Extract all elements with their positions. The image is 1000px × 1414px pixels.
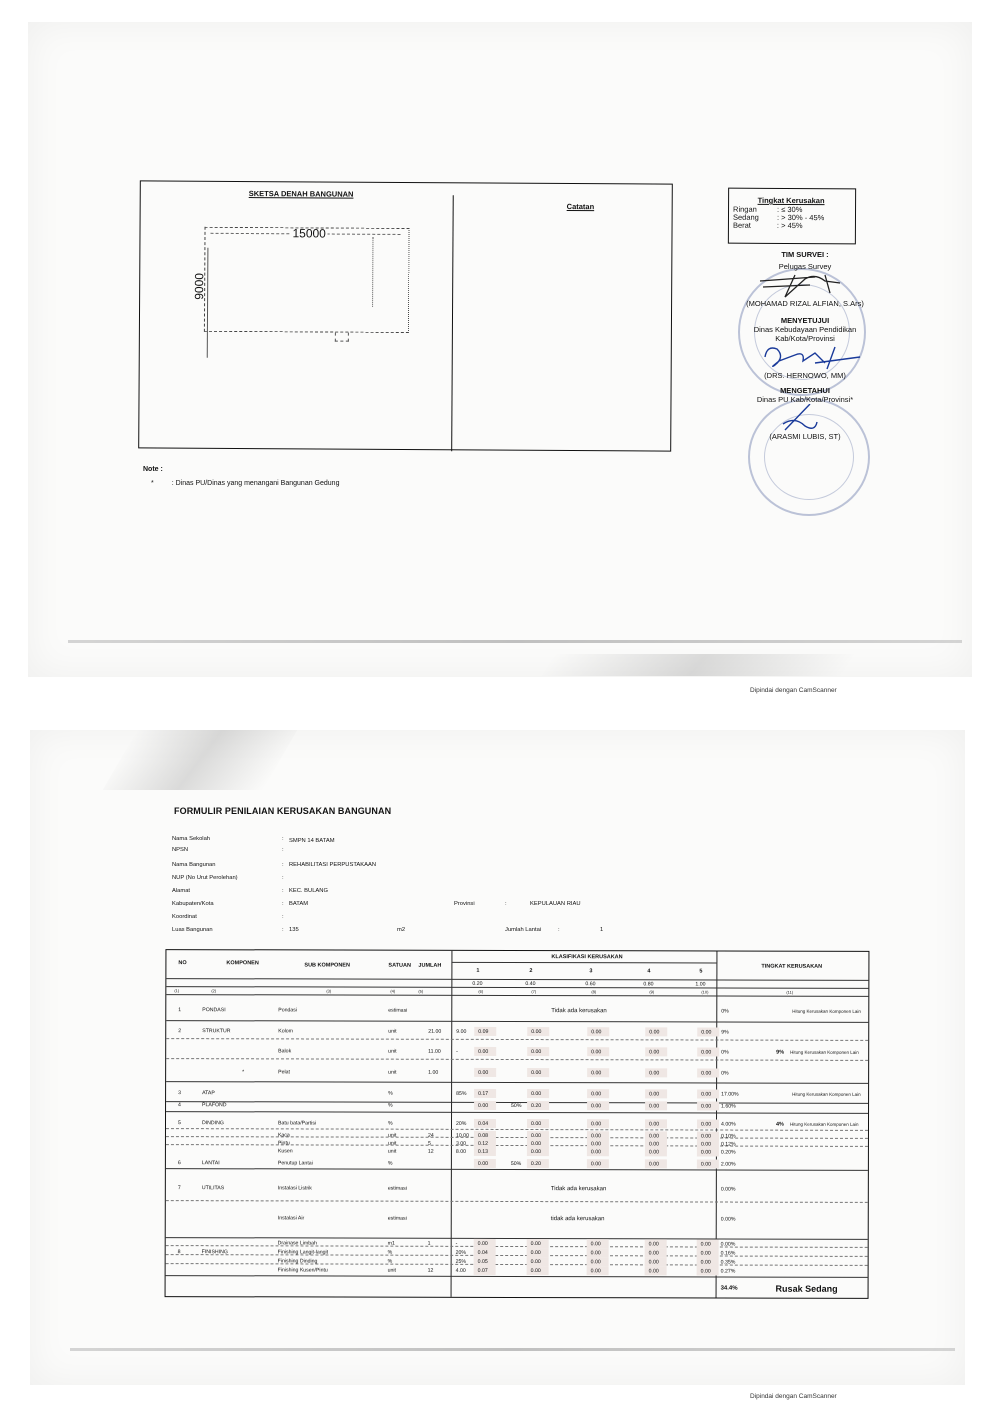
row-tingkat: 0.16% xyxy=(721,1251,736,1257)
row-number: 8 xyxy=(178,1249,181,1255)
row-tingkat: 0.27% xyxy=(721,1269,736,1275)
class-value: 0.00 xyxy=(531,1029,541,1035)
header-class: 3 xyxy=(589,968,592,974)
row-satuan: unit xyxy=(388,1149,396,1155)
column-number: (7) xyxy=(531,989,536,994)
info-value: 1 xyxy=(600,927,603,933)
header-class: 2 xyxy=(529,968,532,974)
row-sub-komponen: Batu bata/Partisi xyxy=(278,1120,316,1126)
row-jumlah: 11.00 xyxy=(428,1049,441,1055)
surveyor-role: Pelugas Survey xyxy=(735,262,875,271)
info-unit: m2 xyxy=(397,927,405,933)
row-sub-komponen: Kaca xyxy=(278,1132,290,1138)
class-value: 0.00 xyxy=(531,1070,541,1076)
info-colon: : xyxy=(282,836,284,842)
floor-plan-outline xyxy=(204,227,410,333)
class-value: 0.00 xyxy=(591,1259,601,1265)
info-label: NPSN xyxy=(172,847,188,853)
row-jumlah: 1 xyxy=(428,1241,431,1247)
class-value: 0.00 xyxy=(649,1103,659,1109)
class-value: 0.00 xyxy=(649,1070,659,1076)
row-satuan: estimasi xyxy=(388,1008,407,1014)
row-komponen: DINDING xyxy=(202,1120,224,1126)
row-divider xyxy=(166,1020,868,1023)
info-colon: : xyxy=(282,888,284,894)
class-quantity: 4.00 xyxy=(456,1268,466,1274)
damage-level-legend: Tingkat Kerusakan Ringan : ≤ 30% Sedang … xyxy=(728,188,856,245)
class-value: 0.00 xyxy=(531,1259,541,1265)
row-komponen: FINISHING xyxy=(202,1249,228,1255)
row-divider xyxy=(166,1200,868,1203)
approver-name: (DRS. HERNOWO, MM) xyxy=(735,371,875,380)
class-value: 0.00 xyxy=(649,1029,659,1035)
row-number: 3 xyxy=(178,1090,181,1096)
header-jumlah: JUMLAH xyxy=(418,963,441,969)
column-number: (5) xyxy=(418,989,423,994)
class-value: 0.00 xyxy=(478,1070,488,1076)
header-divider xyxy=(451,962,716,964)
row-sub-komponen: Balok xyxy=(278,1048,291,1054)
class-value: 0.00 xyxy=(531,1268,541,1274)
row-number: 4 xyxy=(178,1102,181,1108)
total-category: Rusak Sedang xyxy=(776,1284,838,1294)
row-tingkat: 17.00% xyxy=(721,1092,739,1098)
legend-label: Berat xyxy=(733,222,777,230)
note-text: : Dinas PU/Dinas yang menangani Bangunan… xyxy=(172,480,340,487)
info-colon: : xyxy=(282,875,284,881)
header-divider xyxy=(166,978,868,981)
column-number: (6) xyxy=(478,989,483,994)
class-value: 0.00 xyxy=(591,1121,601,1127)
class-value: 0.20 xyxy=(531,1161,541,1167)
class-value: 0.00 xyxy=(701,1029,711,1035)
form-title: FORMULIR PENILAIAN KERUSAKAN BANGUNAN xyxy=(174,806,391,816)
class-value: 0.00 xyxy=(649,1121,659,1127)
row-tingkat: 0% xyxy=(721,1009,729,1015)
approve-title: MENYETUJUI xyxy=(735,316,875,325)
info-label: Luas Bangunan xyxy=(172,927,213,933)
class-value: 0.07 xyxy=(478,1268,488,1274)
row-divider xyxy=(166,1254,868,1257)
note-bullet: * xyxy=(151,480,154,487)
row-note: Hitung Kerusakan Komponen Lain xyxy=(792,1009,861,1014)
row-komponen: PONDASI xyxy=(202,1007,225,1013)
class-value: 0.00 xyxy=(649,1049,659,1055)
notes-title: Catatan xyxy=(567,202,595,211)
column-number: (9) xyxy=(649,989,654,994)
scanner-caption: Dipindai dengan CamScanner xyxy=(750,687,837,694)
header-tingkat: TINGKAT KERUSAKAN xyxy=(761,964,822,970)
approve-org-2: Kab/Kota/Provinsi xyxy=(735,334,875,343)
class-quantity: 10.00 xyxy=(456,1133,469,1139)
class-value: 0.00 xyxy=(649,1268,659,1274)
class-value: 0.00 xyxy=(649,1149,659,1155)
row-note: Hitung Kerusakan Komponen Lain xyxy=(790,1122,859,1127)
row-satuan: % xyxy=(388,1250,393,1256)
header-klasifikasi: KLASIFIKASI KERUSAKAN xyxy=(551,954,622,960)
info-colon: : xyxy=(282,862,284,868)
row-number: 5 xyxy=(178,1120,181,1126)
row-satuan: unit xyxy=(388,1133,396,1139)
row-satuan: % xyxy=(388,1259,393,1265)
info-colon: : xyxy=(282,927,284,933)
column-number: (2) xyxy=(211,988,216,993)
row-jumlah: 24 xyxy=(428,1133,434,1139)
row-sub-komponen: Instalasi Air xyxy=(278,1215,305,1221)
sketch-title: SKETSA DENAH BANGUNAN xyxy=(249,189,354,199)
class-value: 0.04 xyxy=(478,1121,488,1127)
class-value: 0.00 xyxy=(701,1241,711,1247)
row-sub-komponen: Pondasi xyxy=(278,1007,297,1013)
class-quantity: 3.00 xyxy=(456,1141,466,1147)
row-sub-komponen: Finishing Kusen/Pintu xyxy=(278,1267,328,1273)
class-value: 0.00 xyxy=(649,1161,659,1167)
note-block: Note : * : Dinas PU/Dinas yang menangani… xyxy=(143,466,339,487)
info-label: Alamat xyxy=(172,888,190,894)
row-tingkat: 2.00% xyxy=(721,1162,736,1168)
info-value: KEC. BULANG xyxy=(289,888,328,894)
row-komponen: LANTAI xyxy=(202,1160,220,1166)
floor-plan-door xyxy=(335,333,349,342)
row-divider xyxy=(166,1245,868,1248)
row-tingkat: 0% xyxy=(721,1071,729,1077)
scanner-caption: Dipindai dengan CamScanner xyxy=(750,1393,837,1400)
row-divider xyxy=(166,1237,868,1240)
scan-shadow xyxy=(103,730,298,790)
row-satuan: % xyxy=(388,1161,393,1167)
class-value: 0.00 xyxy=(591,1103,601,1109)
sketch-frame: SKETSA DENAH BANGUNAN Catatan 15000 9000 xyxy=(138,180,673,451)
info-label: Nama Bangunan xyxy=(172,862,216,868)
info-colon: : xyxy=(505,901,507,907)
info-label: NUP (No Urut Perolehan) xyxy=(172,875,238,881)
class-value: 0.00 xyxy=(591,1250,601,1256)
row-tingkat: 1.60% xyxy=(721,1104,736,1110)
header-class: 4 xyxy=(647,968,650,974)
info-label: Provinsi xyxy=(454,901,475,907)
row-no-damage: Tidak ada kerusakan xyxy=(551,1008,606,1014)
class-value: 0.00 xyxy=(701,1091,711,1097)
info-colon: : xyxy=(282,914,284,920)
row-note: Hitung Kerusakan Komponen Lain xyxy=(790,1050,859,1055)
ack-name: (ARASMI LUBIS, ST) xyxy=(735,432,875,441)
class-value: 0.00 xyxy=(531,1049,541,1055)
column-number: (4) xyxy=(390,989,395,994)
info-value: 135 xyxy=(289,927,299,933)
class-quantity: 50% xyxy=(511,1103,521,1109)
scan-shadow xyxy=(542,654,855,676)
class-value: 0.09 xyxy=(478,1029,488,1035)
ack-title: MENGETAHUI xyxy=(735,386,875,395)
class-value: 0.00 xyxy=(591,1149,601,1155)
row-satuan: unit xyxy=(388,1070,396,1076)
row-sub-komponen: Finishing Langit-langit xyxy=(278,1249,328,1255)
class-quantity: - xyxy=(456,1241,458,1247)
row-tingkat: 0.00% xyxy=(721,1217,736,1223)
header-class: 1 xyxy=(476,968,479,974)
row-satuan: unit xyxy=(388,1049,396,1055)
class-value: 0.00 xyxy=(701,1149,711,1155)
class-quantity: 20% xyxy=(456,1250,466,1256)
legend-value: : > 45% xyxy=(777,222,803,230)
class-value: 0.00 xyxy=(478,1161,488,1167)
page-edge xyxy=(68,640,962,643)
class-value: 0.00 xyxy=(649,1241,659,1247)
class-value: 0.00 xyxy=(701,1121,711,1127)
class-value: 0.00 xyxy=(531,1121,541,1127)
row-divider xyxy=(166,1058,868,1061)
row-sub-komponen: Pintu xyxy=(278,1140,290,1146)
row-komponen: ATAP xyxy=(202,1090,215,1096)
row-note: Hitung Kerusakan Komponen Lain xyxy=(792,1092,861,1097)
class-value: 0.00 xyxy=(701,1259,711,1265)
row-sub-komponen: Drainase Limbah xyxy=(278,1240,317,1246)
row-number: 1 xyxy=(178,1007,181,1013)
class-value: 0.00 xyxy=(591,1268,601,1274)
row-divider xyxy=(166,1111,868,1114)
row-tingkat: 0.20% xyxy=(721,1150,736,1156)
row-tingkat: 0.00% xyxy=(721,1187,736,1193)
column-number: (8) xyxy=(591,989,596,994)
row-satuan: unit xyxy=(388,1268,396,1274)
class-value: 0.00 xyxy=(478,1049,488,1055)
class-value: 0.00 xyxy=(649,1259,659,1265)
row-satuan: % xyxy=(388,1091,393,1097)
row-tingkat: 9% xyxy=(721,1030,729,1036)
row-tingkat: 0.00% xyxy=(721,1242,736,1248)
page-edge xyxy=(70,1348,955,1351)
column-number: (1) xyxy=(174,988,179,993)
row-komponen: PLAFOND xyxy=(202,1102,227,1108)
row-komponen: UTILITAS xyxy=(202,1185,224,1191)
row-divider xyxy=(166,1168,868,1171)
class-quantity: 9.00 xyxy=(456,1029,466,1035)
class-value: 0.13 xyxy=(478,1149,488,1155)
row-sub-komponen: Kusen xyxy=(278,1148,293,1154)
row-divider xyxy=(166,1081,868,1084)
row-jumlah: 12 xyxy=(428,1149,434,1155)
row-divider xyxy=(166,1144,868,1147)
class-value: 0.00 xyxy=(591,1241,601,1247)
class-quantity: 20% xyxy=(456,1121,466,1127)
class-quantity: - xyxy=(456,1049,458,1055)
row-divider xyxy=(166,1128,868,1131)
row-no-damage: tidak ada kerusakan xyxy=(551,1216,605,1222)
header-class: 5 xyxy=(699,968,702,974)
row-divider xyxy=(166,1263,868,1266)
note-line: * : Dinas PU/Dinas yang menangani Bangun… xyxy=(143,480,339,487)
class-value: 0.00 xyxy=(531,1250,541,1256)
class-quantity: 8.00 xyxy=(456,1149,466,1155)
row-satuan: estimasi xyxy=(388,1216,407,1222)
class-value: 0.00 xyxy=(591,1070,601,1076)
group-percentage: 9% xyxy=(776,1050,784,1056)
row-jumlah: 1.00 xyxy=(428,1070,438,1076)
class-value: 0.00 xyxy=(591,1029,601,1035)
approve-org: Dinas Kebudayaan Pendidikan xyxy=(735,325,875,334)
class-value: 0.00 xyxy=(531,1241,541,1247)
row-sub-komponen: Penutup Lantai xyxy=(278,1160,313,1166)
class-value: 0.04 xyxy=(478,1250,488,1256)
class-value: 0.00 xyxy=(701,1268,711,1274)
row-number: 7 xyxy=(178,1185,181,1191)
class-value: 0.00 xyxy=(649,1250,659,1256)
row-jumlah: 12 xyxy=(428,1268,434,1274)
header-komponen: KOMPONEN xyxy=(226,960,258,966)
total-percentage: 34.4% xyxy=(721,1286,738,1292)
info-value: SMPN 14 BATAM xyxy=(289,838,335,844)
header-satuan: SATUAN xyxy=(388,963,411,969)
row-tingkat: 0% xyxy=(721,1050,729,1056)
class-value: 0.00 xyxy=(701,1103,711,1109)
row-no-damage: Tidak ada kerusakan xyxy=(551,1186,606,1192)
row-number: 6 xyxy=(178,1160,181,1166)
class-value: 0.00 xyxy=(478,1103,488,1109)
info-label: Kabupaten/Kota xyxy=(172,901,214,907)
row-tingkat: 0.12% xyxy=(721,1142,736,1148)
row-satuan: m1 xyxy=(388,1241,395,1247)
row-divider xyxy=(166,1136,868,1139)
class-value: 0.17 xyxy=(478,1091,488,1097)
row-tingkat: 0.35% xyxy=(721,1260,736,1266)
info-colon: : xyxy=(558,927,560,933)
row-sub-komponen: Pelat xyxy=(278,1069,290,1075)
row-tingkat: 0.10% xyxy=(721,1134,736,1140)
damage-assessment-table: NOKOMPONENSUB KOMPONENSATUANJUMLAHKLASIF… xyxy=(165,949,870,1299)
info-value: BATAM xyxy=(289,901,308,907)
column-number: (10) xyxy=(701,989,708,994)
info-label: Koordinat xyxy=(172,914,197,920)
row-jumlah: 21.00 xyxy=(428,1029,441,1035)
survey-team-title: TIM SURVEI : xyxy=(735,250,875,259)
legend-row-berat: Berat : > 45% xyxy=(733,222,849,231)
info-value: REHABILITASI PERPUSTAKAAN xyxy=(289,862,376,868)
floor-plan-room xyxy=(372,237,407,307)
surveyor-signature xyxy=(735,271,875,299)
row-tingkat: 4.00% xyxy=(721,1122,736,1128)
class-value: 0.00 xyxy=(591,1091,601,1097)
info-label: Nama Sekolah xyxy=(172,836,210,842)
class-quantity: 50% xyxy=(511,1161,521,1167)
total-divider xyxy=(166,1275,868,1278)
survey-team-block: TIM SURVEI : Pelugas Survey (MOHAMAD RIZ… xyxy=(735,250,875,441)
column-number: (3) xyxy=(326,989,331,994)
class-value: 0.20 xyxy=(531,1103,541,1109)
row-sub-komponen: Finishing Dinding xyxy=(278,1258,318,1264)
row-sub-komponen: Instalasi Listrik xyxy=(278,1185,312,1191)
class-value: 0.00 xyxy=(531,1091,541,1097)
approver-signature xyxy=(735,343,875,371)
class-value: 0.00 xyxy=(701,1070,711,1076)
class-value: 0.05 xyxy=(478,1259,488,1265)
class-quantity: 25% xyxy=(456,1259,466,1265)
header-divider xyxy=(166,994,868,997)
header-sub-komponen: SUB KOMPONEN xyxy=(304,962,350,968)
class-value: 0.00 xyxy=(478,1241,488,1247)
row-satuan: unit xyxy=(388,1141,396,1147)
surveyor-name: (MOHAMAD RIZAL ALFIAN, S.Ars) xyxy=(735,299,875,308)
row-komponen: STRUKTUR xyxy=(202,1028,230,1034)
row-satuan: % xyxy=(388,1103,393,1109)
column-number: (11) xyxy=(786,990,793,995)
row-divider xyxy=(166,1038,868,1041)
sketch-divider xyxy=(451,195,454,451)
class-value: 0.00 xyxy=(649,1091,659,1097)
class-quantity: 85% xyxy=(456,1091,466,1097)
class-value: 0.00 xyxy=(591,1161,601,1167)
info-value: KEPULAUAN RIAU xyxy=(530,901,581,907)
row-satuan: unit xyxy=(388,1029,396,1035)
class-value: 0.00 xyxy=(701,1049,711,1055)
row-jumlah: 5 xyxy=(428,1141,431,1147)
row-komponen: * xyxy=(242,1069,244,1075)
row-sub-komponen: Kolom xyxy=(278,1028,293,1034)
info-label: Jumlah Lantai xyxy=(505,927,541,933)
header-divider xyxy=(166,986,868,989)
info-colon: : xyxy=(282,901,284,907)
row-number: 2 xyxy=(178,1028,181,1034)
ack-signature xyxy=(735,404,875,432)
header-no: NO xyxy=(178,960,186,966)
info-colon: : xyxy=(282,847,284,853)
class-value: 0.00 xyxy=(591,1049,601,1055)
ack-org: Dinas PU Kab/Kota/Provinsi* xyxy=(735,395,875,404)
class-value: 0.00 xyxy=(701,1161,711,1167)
class-value: 0.00 xyxy=(701,1250,711,1256)
note-title: Note : xyxy=(143,466,339,473)
group-percentage: 4% xyxy=(776,1122,784,1128)
row-satuan: estimasi xyxy=(388,1186,407,1192)
class-value: 0.00 xyxy=(531,1149,541,1155)
row-satuan: % xyxy=(388,1121,393,1127)
